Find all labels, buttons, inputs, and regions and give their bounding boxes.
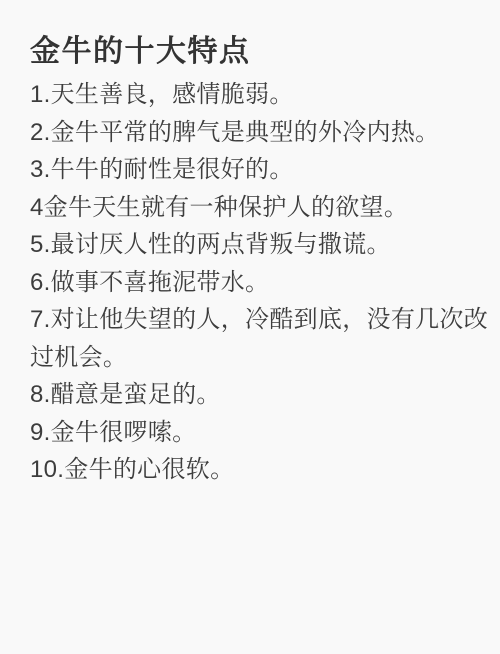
list-item-4: 4金牛天生就有一种保护人的欲望。 — [30, 189, 492, 227]
text-card: 金牛的十大特点 1.天生善良，感情脆弱。 2.金牛平常的脾气是典型的外冷内热。 … — [0, 0, 500, 654]
list-item-5: 5.最讨厌人性的两点背叛与撒谎。 — [30, 226, 492, 264]
list-item-1: 1.天生善良，感情脆弱。 — [30, 76, 492, 114]
page-title: 金牛的十大特点 — [30, 34, 492, 70]
list-item-3: 3.牛牛的耐性是很好的。 — [30, 151, 492, 189]
list-item-7: 7.对让他失望的人，冷酷到底，没有几次改过机会。 — [30, 301, 492, 376]
list-item-6: 6.做事不喜拖泥带水。 — [30, 264, 492, 302]
list-item-10: 10.金牛的心很软。 — [30, 451, 492, 489]
trait-list: 1.天生善良，感情脆弱。 2.金牛平常的脾气是典型的外冷内热。 3.牛牛的耐性是… — [30, 76, 492, 489]
list-item-9: 9.金牛很啰嗦。 — [30, 414, 492, 452]
list-item-8: 8.醋意是蛮足的。 — [30, 376, 492, 414]
list-item-2: 2.金牛平常的脾气是典型的外冷内热。 — [30, 114, 492, 152]
